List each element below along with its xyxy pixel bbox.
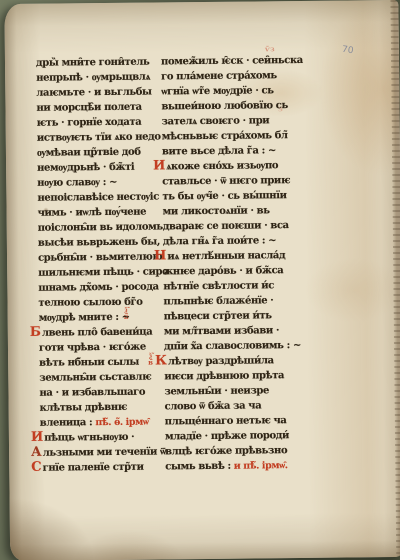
manuscript-line: шильнѥми пѣщь · сиро <box>38 259 162 275</box>
manuscript-line: пльпнѣѥ блаже́нїе · <box>163 288 299 304</box>
manuscript-line: иствѹѥть тїи ѧко недо <box>37 124 161 140</box>
manuscript-line: ми мл̃твами избави · <box>164 318 300 334</box>
manuscript-line: земльны̑и · неизре <box>164 378 300 394</box>
text-column-right: помеж̃иль ѥ̑ск · сеи̑ньскаго пла́мене ст… <box>161 48 301 469</box>
manuscript-line: го пла́мене стра́хомь <box>161 63 297 79</box>
manuscript-line: дѣла гн̃ѧ г̃а пои́те : ~ <box>163 228 299 244</box>
manuscript-line: лаѥмьте · и вьгльбы <box>36 79 160 95</box>
manuscript-line: высѣи вьврьжень бы, <box>38 229 162 245</box>
manuscript-line: ѹмѣваи цр̃твіе доб <box>37 139 161 155</box>
manuscript-line: двараѥ се поѥши · вса <box>163 213 299 229</box>
manuscript-line: жнѥе даро́вь · и бж̃са <box>163 258 299 274</box>
manuscript-line: непрьпѣ · ѹмрьщвлѧ <box>36 64 160 80</box>
manuscript-line: вленица : пѣ̃. ѳ̃. ірмѡ̑ <box>40 409 164 425</box>
manuscript-line: иѥси дрѣвнюю прѣта <box>164 363 300 379</box>
manuscript-photo: 70 ѵ̃з з ѯ̃ в̃ ѯ̃ в̃ дры̏ мни̑те гони̑те… <box>0 0 400 560</box>
manuscript-line: зателѧ своѥго · при <box>161 108 297 124</box>
manuscript-line: вѣть нб̃ныи сылы <box>39 349 163 365</box>
manuscript-line: ѥть · горнїе ходата <box>37 109 161 125</box>
manuscript-line: Иѧкоже єно́хь изьѹпо <box>162 153 298 169</box>
manuscript-line: ть бы ѹч̃е · сь вы́шнїи <box>162 183 298 199</box>
manuscript-line: мѹдрѣ мните : ~ <box>39 304 163 320</box>
manuscript-line: сымь вьвѣ : и пѣ̃. ірмѡ̑. <box>165 453 301 469</box>
rubric-text: и пѣ̃. ірмѡ̑. <box>231 460 288 472</box>
manuscript-line: Клѣтвѹ раздрѣши́ла <box>164 348 300 364</box>
manuscript-line: клѣтвы дрѣвнѥ <box>39 394 163 410</box>
manuscript-line: ми ликостоѧнїи · вь <box>162 198 298 214</box>
manuscript-line: земльны̑и сьставлѥ <box>39 364 163 380</box>
rubric-initial: С <box>31 460 43 475</box>
text-column-left: дры̏ мни̑те гони̑тельнепрьпѣ · ѹмрьщвлѧл… <box>36 49 164 470</box>
manuscript-line: ѡгнїа ѡт̃е мѹдрїе · сь <box>161 78 297 94</box>
line-text: сымь вьвѣ : <box>165 461 231 473</box>
manuscript-line: непоіславѣісе нестѹіс <box>37 184 161 200</box>
manuscript-line: на · и избавльшаго <box>39 379 163 395</box>
manuscript-line: вьшеи́ною любовїю сь <box>161 93 297 109</box>
manuscript-line: ставльсе · ѿ нѥго приѥ <box>162 168 298 184</box>
manuscript-line: срьбны̑и · вьмителюю <box>38 244 162 260</box>
manuscript-line: пльще́ннаго нетьѥ ча <box>165 408 301 424</box>
folio-number-pencil: 70 <box>341 45 354 57</box>
line-text: гнїе паленїе стр̃ти <box>43 462 144 474</box>
manuscript-line: помеж̃иль ѥ̑ск · сеи̑ньска <box>161 48 297 64</box>
manuscript-line: Ипѣщь ѡгньнѹю · <box>40 424 164 440</box>
manuscript-line: Сгнїе паленїе стр̃ти <box>40 454 164 470</box>
manuscript-line: влцѣ ѥго́же прѣвьзно <box>165 438 301 454</box>
manuscript-line: дры̏ мни̑те гони̑тель <box>36 49 160 65</box>
manuscript-line: нѣтнїе свѣтлости и́с <box>163 273 299 289</box>
manuscript-line: Альзными ми теченїи ѿ <box>40 439 164 455</box>
manuscript-line: поіслоны̑и вь идоломь · <box>38 214 162 230</box>
manuscript-line: мѣсньвьѥ стра́хомь бл̃ <box>162 123 298 139</box>
manuscript-line: вите вьсе дѣла г̃а : ~ <box>162 138 298 154</box>
book-block-edge <box>390 0 400 557</box>
manuscript-line: дш̃и х̃а славословимь : ~ <box>164 333 300 349</box>
manuscript-line: Блвень пло̑ бавени́ца <box>39 319 163 335</box>
manuscript-line: готи чрѣва · ѥго́же <box>39 334 163 350</box>
manuscript-line: слово ѿ бж̃а за ча <box>164 393 300 409</box>
manuscript-line: шнамь дх̃омь · росода <box>38 274 162 290</box>
parchment-page: 70 ѵ̃з з ѯ̃ в̃ ѯ̃ в̃ дры̏ мни̑те гони̑те… <box>4 0 400 560</box>
manuscript-line: пѣвцеси стр̃теи и́ть <box>164 303 300 319</box>
manuscript-line: чимь · иѡлѣ пѹ́чене <box>37 199 161 215</box>
manuscript-line: ни морсцѣ̑и полета <box>36 94 160 110</box>
manuscript-line: немѹдрьнѣ · бж̃ті <box>37 154 161 170</box>
manuscript-line: младїе · прѣже породи́ <box>165 423 301 439</box>
manuscript-line: телною сылою бг̃о <box>38 289 162 305</box>
manuscript-line: Ниѧ нетлѣ́нныи насла́д <box>163 243 299 259</box>
manuscript-line: нѹю славѹ : ~ <box>37 169 161 185</box>
